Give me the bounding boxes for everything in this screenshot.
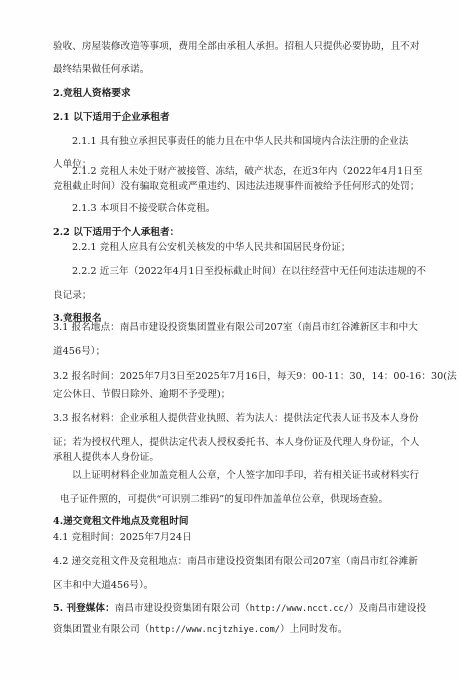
item-3-3-line-3: 承租人提供本人身份证。 [53,452,159,464]
note-line-1: 以上证明材料企业加盖竞租人公章，个人签字加印手印，若有相关证书或材料实行 [72,470,419,482]
item-2-1-2-line-1: 2.1.2 竞租人未处于财产被接管、冻结，破产状态，在近3年内（2022年4月1… [72,166,423,178]
item-2-1-1-line-1: 2.1.1 具有独立承担民事责任的能力且在中华人民共和国境内合法注册的企业法 [72,136,408,148]
item-3-1-line-2: 道456号）； [53,346,105,358]
item-4-2-line-1: 4.2 递交竞租文件及竞租地点：南昌市建设投资集团有限公司207室（南昌市红谷滩… [53,556,418,568]
item-3-1-line-1: 3.1 报名地点：南昌市建设投资集团置业有限公司207室（南昌市红谷滩新区丰和中… [53,322,418,334]
section-5-heading: 5. 刊登媒体： [53,603,115,614]
item-4-1: 4.1 竞租时间：2025年7月24日 [53,532,192,544]
item-2-1-2-line-2: 竞租截止时间）没有骗取竞租或严重违约、因违法违规事件而被给予任何形式的处罚； [53,181,419,193]
section-2-1-heading: 2.1 以下适用于企业承租者 [53,112,170,124]
section-5-line-1: 5. 刊登媒体：南昌市建设投资集团有限公司（http://www.ncct.cc… [53,603,426,615]
item-3-3-line-2: 证；若为授权代理人，提供法定代表人授权委托书、本人身份证及代理人身份证，个人 [53,437,419,449]
item-2-2-1: 2.2.1 竞租人应具有公安机关核发的中华人民共和国居民身份证； [72,242,351,254]
ncjtzhiye-url-link[interactable]: http://www.ncjtzhiye.com/ [149,625,280,635]
document-page: 验收、房屋装修改造等事项，费用全部由承租人承担。招租人只提供必要协助，且不对 最… [0,0,461,681]
item-3-2-line-1: 3.2 报名时间：2025年7月3日至2025年7月16日，每天9：00-11：… [53,371,457,383]
section-2-heading: 2.竞租人资格要求 [53,88,131,100]
note-line-2: 电子证件照的，可提供“可识别二维码”的复印件加盖单位公章，供现场查验。 [60,494,388,506]
section-5-line-2: 资集团置业有限公司（http://www.ncjtzhiye.com/）上同时发… [53,624,348,636]
item-2-1-3: 2.1.3 本项目不接受联合体竞租。 [72,203,216,215]
ncct-url-link[interactable]: http://www.ncct.cc/ [250,604,349,614]
intro-line-2: 最终结果做任何承诺。 [53,64,149,76]
item-4-2-line-2: 区丰和中大道456号）。 [53,580,153,592]
item-2-2-2-line-1: 2.2.2 近三年（2022年4月1日至投标截止时间）在以往经营中无任何违法违规… [72,266,426,278]
section-4-heading: 4.递交竞租文件地点及竞租时间 [53,516,188,528]
item-3-2-line-2: 定公休日、节假日除外、逾期不予受理)； [53,389,230,401]
item-2-2-2-line-2: 良记录； [53,290,92,302]
intro-line-1: 验收、房屋装修改造等事项，费用全部由承租人承担。招租人只提供必要协助，且不对 [53,41,419,53]
section-2-2-heading: 2.2 以下适用于个人承租者： [53,227,179,239]
item-3-3-line-1: 3.3 报名材料：企业承租人提供营业执照、若为法人：提供法定代表人证书及本人身份 [53,413,419,425]
